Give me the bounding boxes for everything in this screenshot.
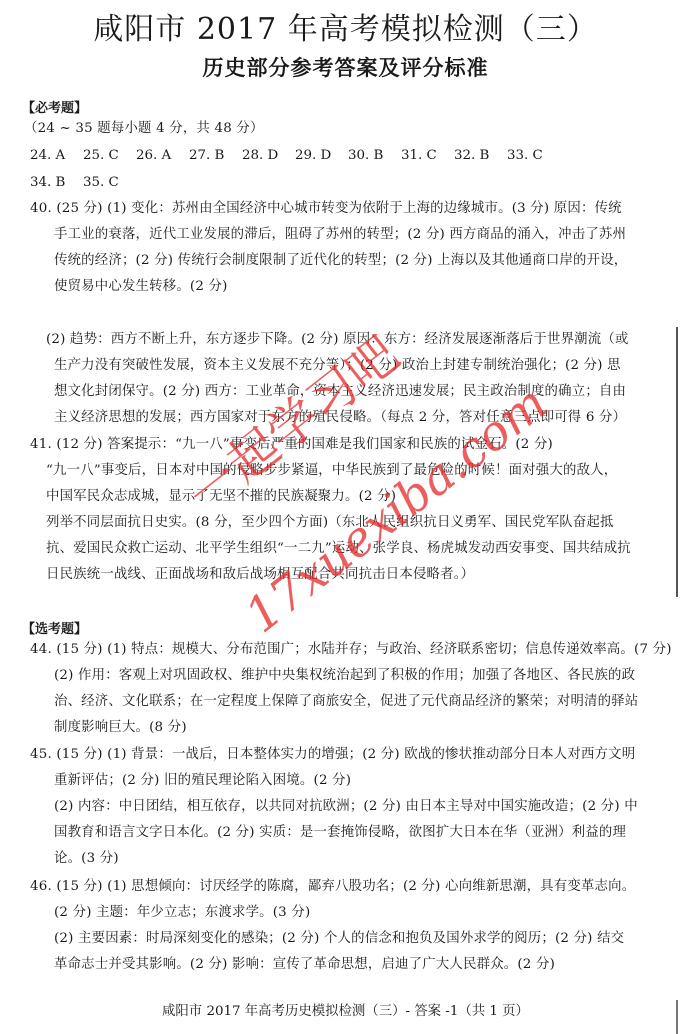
answer-line: (2) 趋势：西方不断上升，东方逐步下降。(2 分) 原因：东方：经济发展逐渐落…	[46, 327, 629, 353]
answer-line: “九一八”事变后，日本对中国的侵略步步紧逼，中华民族到了最危险的时候！面对强大的…	[46, 458, 617, 484]
answer-line: 日民族统一战线、正面战场和敌后战场相互配合共同抗击日本侵略者。）	[46, 562, 474, 588]
required-section-heading: 【必考题】	[22, 97, 87, 116]
answer-line: 生产力没有突破性发展，资本主义发展不充分等）；(2 分) 政治上封建专制统治强化…	[54, 353, 621, 379]
right-margin-rule-bottom	[676, 1000, 678, 1034]
answer-line: 列举不同层面抗日史实。(8 分，至少四个方面)（东北人民组织抗日义勇军、国民党军…	[46, 510, 614, 536]
answer-line: (2) 作用：客观上对巩固政权、维护中央集权统治起到了积极的作用；加强了各地区、…	[54, 663, 635, 689]
answer-line: (2 分) 主题：年少立志；东渡求学。(3 分)	[54, 900, 310, 926]
elective-section-heading: 【选考题】	[22, 618, 87, 637]
answer-line: 抗、爱国民众救亡运动、北平学生组织“一二九”运动、张学良、杨虎城发动西安事变、国…	[46, 536, 631, 562]
answer-line: 中国军民众志成城，显示了无坚不摧的民族凝聚力。(2 分)	[46, 484, 396, 510]
answer-line: (2) 内容：中日团结，相互依存，以共同对抗欧洲；(2 分) 由日本主导对中国实…	[54, 794, 638, 820]
answer-line: 重新评估；(2 分) 旧的殖民理论陷入困境。(2 分)	[54, 768, 351, 794]
answer-line: 手工业的衰落，近代工业发展的滞后，阻碍了苏州的转型；(2 分) 西方商品的涌入，…	[54, 222, 626, 248]
answer-line: 想文化封闭保守。(2 分) 西方：工业革命，资本主义经济迅速发展；民主政治制度的…	[54, 379, 626, 405]
answer-line: 41. (12 分) 答案提示：“九一八”事变后严重的国难是我们国家和民族的试金…	[30, 432, 553, 458]
mc-answer: 27. B	[189, 148, 242, 163]
answer-line: 革命志士并受其影响。(2 分) 影响：宣传了革命思想，启迪了广大人民群众。(2 …	[54, 952, 555, 978]
mc-answer: 32. B	[454, 148, 507, 163]
mc-answer: 33. C	[507, 148, 560, 163]
mc-answers-row-1: 24. A25. C26. A27. B28. D29. D30. B31. C…	[30, 148, 560, 163]
answer-line: 主义经济思想的发展；西方国家对于东方的殖民侵略。（每点 2 分，答对任意三点即可…	[54, 405, 626, 431]
page-subtitle: 历史部分参考答案及评分标准	[0, 52, 691, 82]
answer-line: 国教育和语言文字日本化。(2 分) 实质：是一套掩饰侵略，欲图扩大日本在华（亚洲…	[54, 820, 626, 846]
mc-answer: 30. B	[348, 148, 401, 163]
answer-line: 45. (15 分) (1) 背景：一战后，日本整体实力的增强；(2 分) 欧战…	[30, 742, 635, 768]
answer-line: 治、经济、文化联系；在一定程度上保障了商旅安全，促进了元代商品经济的繁荣；对明清…	[54, 689, 638, 715]
answer-line: (2) 主要因素：时局深刻变化的感染；(2 分) 个人的信念和抱负及国外求学的阅…	[54, 926, 624, 952]
mc-answer: 29. D	[295, 148, 348, 163]
mc-answer: 26. A	[136, 148, 189, 163]
answer-line: 46. (15 分) (1) 思想倾向：讨厌经学的陈腐，鄙弃八股功名；(2 分)…	[30, 874, 635, 900]
answer-line: 40. (25 分) (1) 变化：苏州由全国经济中心城市转变为依附于上海的边缘…	[30, 196, 622, 222]
right-margin-rule	[676, 327, 678, 597]
mc-answer: 28. D	[242, 148, 295, 163]
mc-answer: 34. B	[30, 175, 83, 190]
answer-line: 44. (15 分) (1) 特点：规模大、分布范围广；水陆并存；与政治、经济联…	[30, 637, 672, 663]
answer-line: 制度影响巨大。(8 分)	[54, 715, 187, 741]
mc-answer: 31. C	[401, 148, 454, 163]
mc-note: （24 ~ 35 题每小题 4 分，共 48 分）	[24, 116, 264, 142]
mc-answer: 35. C	[83, 175, 136, 190]
answer-line: 论。(3 分)	[54, 846, 119, 872]
answer-line: 使贸易中心发生转移。(2 分)	[54, 274, 228, 300]
mc-answer: 24. A	[30, 148, 83, 163]
mc-answer: 25. C	[83, 148, 136, 163]
mc-answers-row-2: 34. B35. C	[30, 175, 136, 190]
page-title: 咸阳市 2017 年高考模拟检测（三）	[0, 4, 691, 48]
answer-line: 传统的经济；(2 分) 传统行会制度限制了近代化的转型；(2 分) 上海以及其他…	[54, 248, 627, 274]
page-footer: 咸阳市 2017 年高考历史模拟检测（三）- 答案 -1（共 1 页）	[0, 1000, 691, 1019]
